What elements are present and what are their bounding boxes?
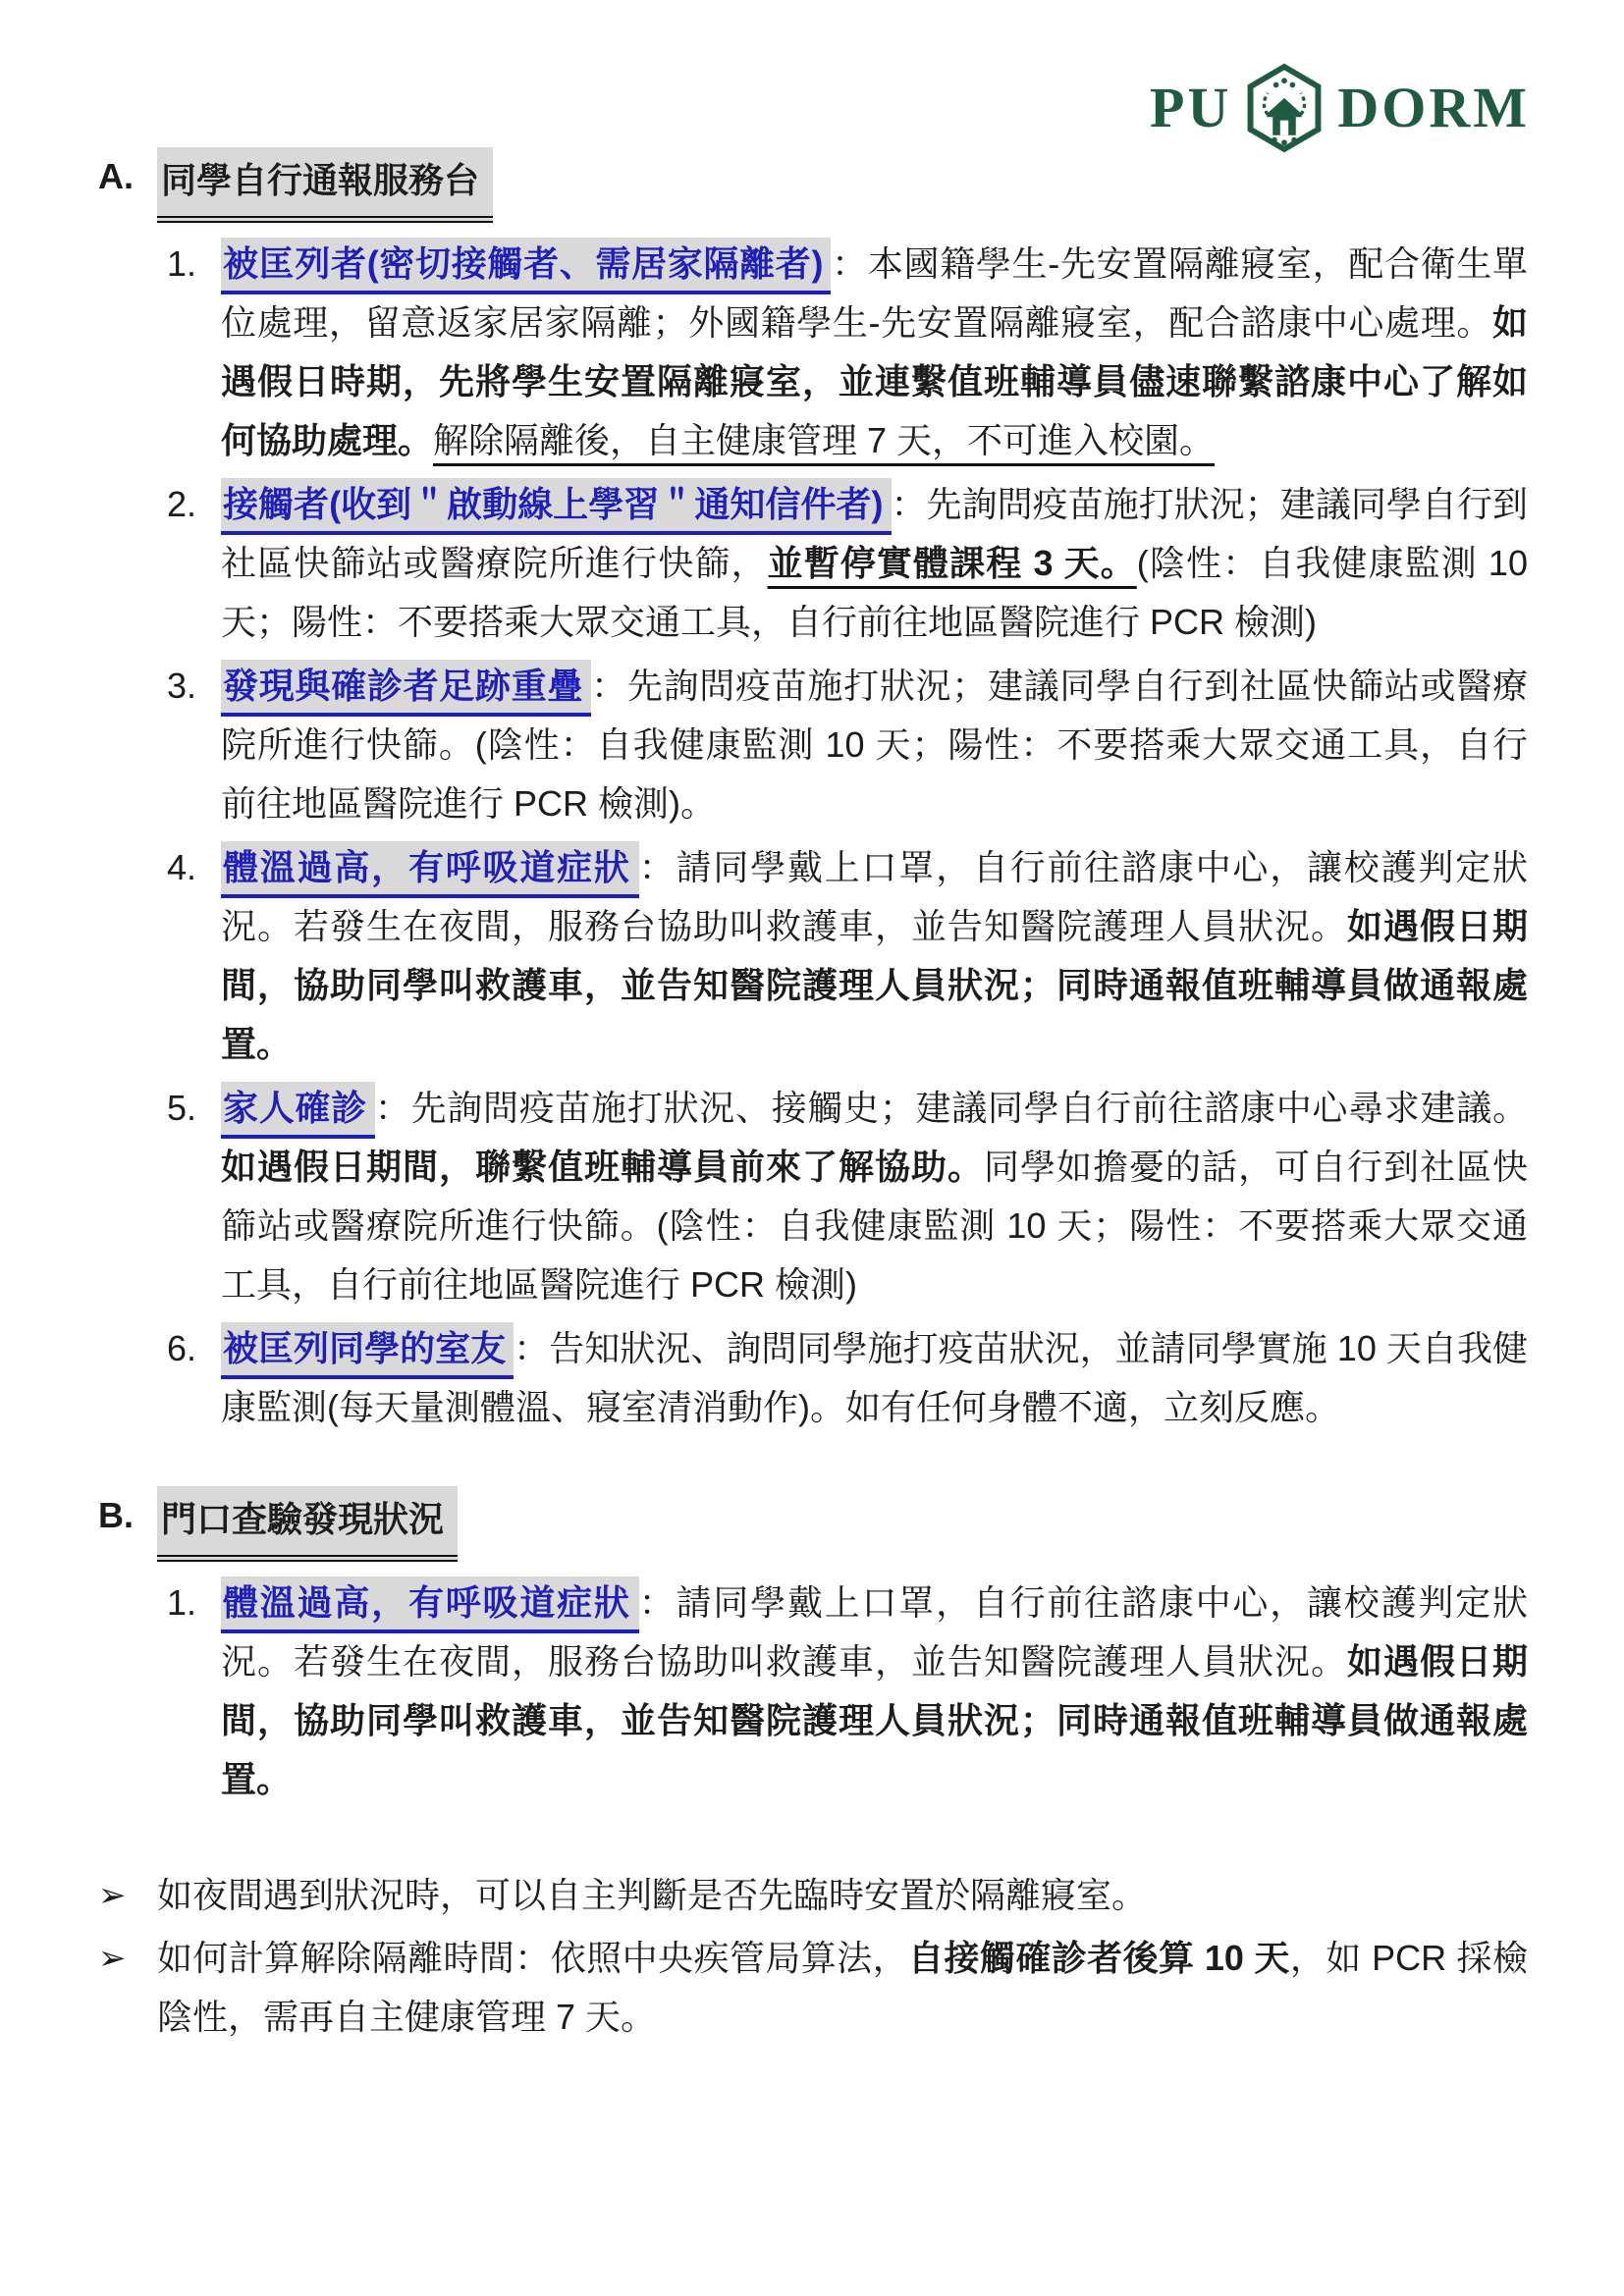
list-item-a2: 2. 接觸者(收到＂啟動線上學習＂通知信件者)：先詢問疫苗施打狀況；建議同學自行…: [167, 475, 1528, 652]
body-segment: 如何計算解除隔離時間：依照中央疾管局算法，: [157, 1938, 908, 1978]
item-body: 被匡列者(密切接觸者、需居家隔離者)：本國籍學生-先安置隔離寢室，配合衛生單位處…: [221, 235, 1528, 470]
item-keyword: 被匡列者(密切接觸者、需居家隔離者): [221, 238, 831, 294]
pu-dorm-logo: PU DORM: [1150, 63, 1530, 153]
body-segment-bold: 自接觸確診者後算 10 天: [908, 1938, 1290, 1978]
body-segment-bold-underline: 並暫停實體課程 3 天。: [768, 543, 1137, 583]
item-keyword: 體溫過高，有呼吸道症狀: [221, 1576, 639, 1633]
item-body: 體溫過高，有呼吸道症狀：請同學戴上口罩，自行前往諮康中心，讓校護判定狀況。若發生…: [221, 1574, 1528, 1809]
note-body: 如夜間遇到狀況時，可以自主判斷是否先臨時安置於隔離寢室。: [157, 1866, 1528, 1925]
logo-text-dorm: DORM: [1337, 80, 1530, 136]
item-body: 被匡列同學的室友：告知狀況、詢問同學施打疫苗狀況，並請同學實施 10 天自我健康…: [221, 1319, 1528, 1437]
item-keyword: 被匡列同學的室友: [221, 1322, 514, 1379]
item-number: 1.: [167, 235, 221, 470]
section-a-label: A.: [98, 147, 157, 223]
note-item-2: ➢ 如何計算解除隔離時間：依照中央疾管局算法，自接觸確診者後算 10 天，如 P…: [98, 1929, 1528, 2047]
section-a: A. 同學自行通報服務台 1. 被匡列者(密切接觸者、需居家隔離者)：本國籍學生…: [98, 147, 1528, 1437]
item-number: 4.: [167, 838, 221, 1074]
item-keyword: 體溫過高，有呼吸道症狀: [221, 841, 639, 898]
section-b: B. 門口查驗發現狀況 1. 體溫過高，有呼吸道症狀：請同學戴上口罩，自行前往諮…: [98, 1486, 1528, 1809]
item-body: 體溫過高，有呼吸道症狀：請同學戴上口罩，自行前往諮康中心，讓校護判定狀況。若發生…: [221, 838, 1528, 1074]
list-item-a5: 5. 家人確診：先詢問疫苗施打狀況、接觸史；建議同學自行前往諮康中心尋求建議。如…: [167, 1079, 1528, 1314]
section-b-title: 門口查驗發現狀況: [157, 1486, 458, 1562]
note-body: 如何計算解除隔離時間：依照中央疾管局算法，自接觸確診者後算 10 天，如 PCR…: [157, 1929, 1528, 2047]
document-content: A. 同學自行通報服務台 1. 被匡列者(密切接觸者、需居家隔離者)：本國籍學生…: [0, 147, 1624, 2047]
item-keyword: 接觸者(收到＂啟動線上學習＂通知信件者): [221, 478, 892, 535]
document-page: PU DORM A. 同學自行通報服務台 1. 被匡列者(密切接觸者、需居: [0, 0, 1624, 2296]
section-b-label: B.: [98, 1486, 157, 1562]
list-item-a6: 6. 被匡列同學的室友：告知狀況、詢問同學施打疫苗狀況，並請同學實施 10 天自…: [167, 1319, 1528, 1437]
arrow-bullet-icon: ➢: [98, 1866, 157, 1925]
section-a-title: 同學自行通報服務台: [157, 147, 493, 223]
item-keyword: 發現與確診者足跡重疊: [221, 660, 591, 717]
notes-list: ➢ 如夜間遇到狀況時，可以自主判斷是否先臨時安置於隔離寢室。 ➢ 如何計算解除隔…: [98, 1866, 1528, 2047]
note-item-1: ➢ 如夜間遇到狀況時，可以自主判斷是否先臨時安置於隔離寢室。: [98, 1866, 1528, 1925]
list-item-a4: 4. 體溫過高，有呼吸道症狀：請同學戴上口罩，自行前往諮康中心，讓校護判定狀況。…: [167, 838, 1528, 1074]
list-item-b1: 1. 體溫過高，有呼吸道症狀：請同學戴上口罩，自行前往諮康中心，讓校護判定狀況。…: [167, 1574, 1528, 1809]
list-item-a3: 3. 發現與確診者足跡重疊：先詢問疫苗施打狀況；建議同學自行到社區快篩站或醫療院…: [167, 657, 1528, 833]
item-body: 發現與確診者足跡重疊：先詢問疫苗施打狀況；建議同學自行到社區快篩站或醫療院所進行…: [221, 657, 1528, 833]
dorm-house-badge-icon: [1243, 63, 1326, 153]
list-item-a1: 1. 被匡列者(密切接觸者、需居家隔離者)：本國籍學生-先安置隔離寢室，配合衛生…: [167, 235, 1528, 470]
item-keyword: 家人確診: [221, 1082, 375, 1139]
body-segment-underline: 解除隔離後，自主健康管理 7 天，不可進入校園。: [433, 420, 1215, 460]
section-a-heading: A. 同學自行通報服務台: [98, 147, 1528, 223]
item-number: 2.: [167, 475, 221, 652]
logo-text-pu: PU: [1150, 80, 1231, 136]
item-number: 3.: [167, 657, 221, 833]
item-number: 6.: [167, 1319, 221, 1437]
item-body: 接觸者(收到＂啟動線上學習＂通知信件者)：先詢問疫苗施打狀況；建議同學自行到社區…: [221, 475, 1528, 652]
item-number: 1.: [167, 1574, 221, 1809]
body-segment: 如夜間遇到狀況時，可以自主判斷是否先臨時安置於隔離寢室。: [157, 1875, 1147, 1915]
section-b-heading: B. 門口查驗發現狀況: [98, 1486, 1528, 1562]
item-number: 5.: [167, 1079, 221, 1314]
body-segment: ：先詢問疫苗施打狀況、接觸史；建議同學自行前往諮康中心尋求建議。: [375, 1088, 1528, 1128]
item-body: 家人確診：先詢問疫苗施打狀況、接觸史；建議同學自行前往諮康中心尋求建議。如遇假日…: [221, 1079, 1528, 1314]
body-segment-bold: 如遇假日期間，聯繫值班輔導員前來了解協助。: [221, 1147, 984, 1187]
arrow-bullet-icon: ➢: [98, 1929, 157, 2047]
